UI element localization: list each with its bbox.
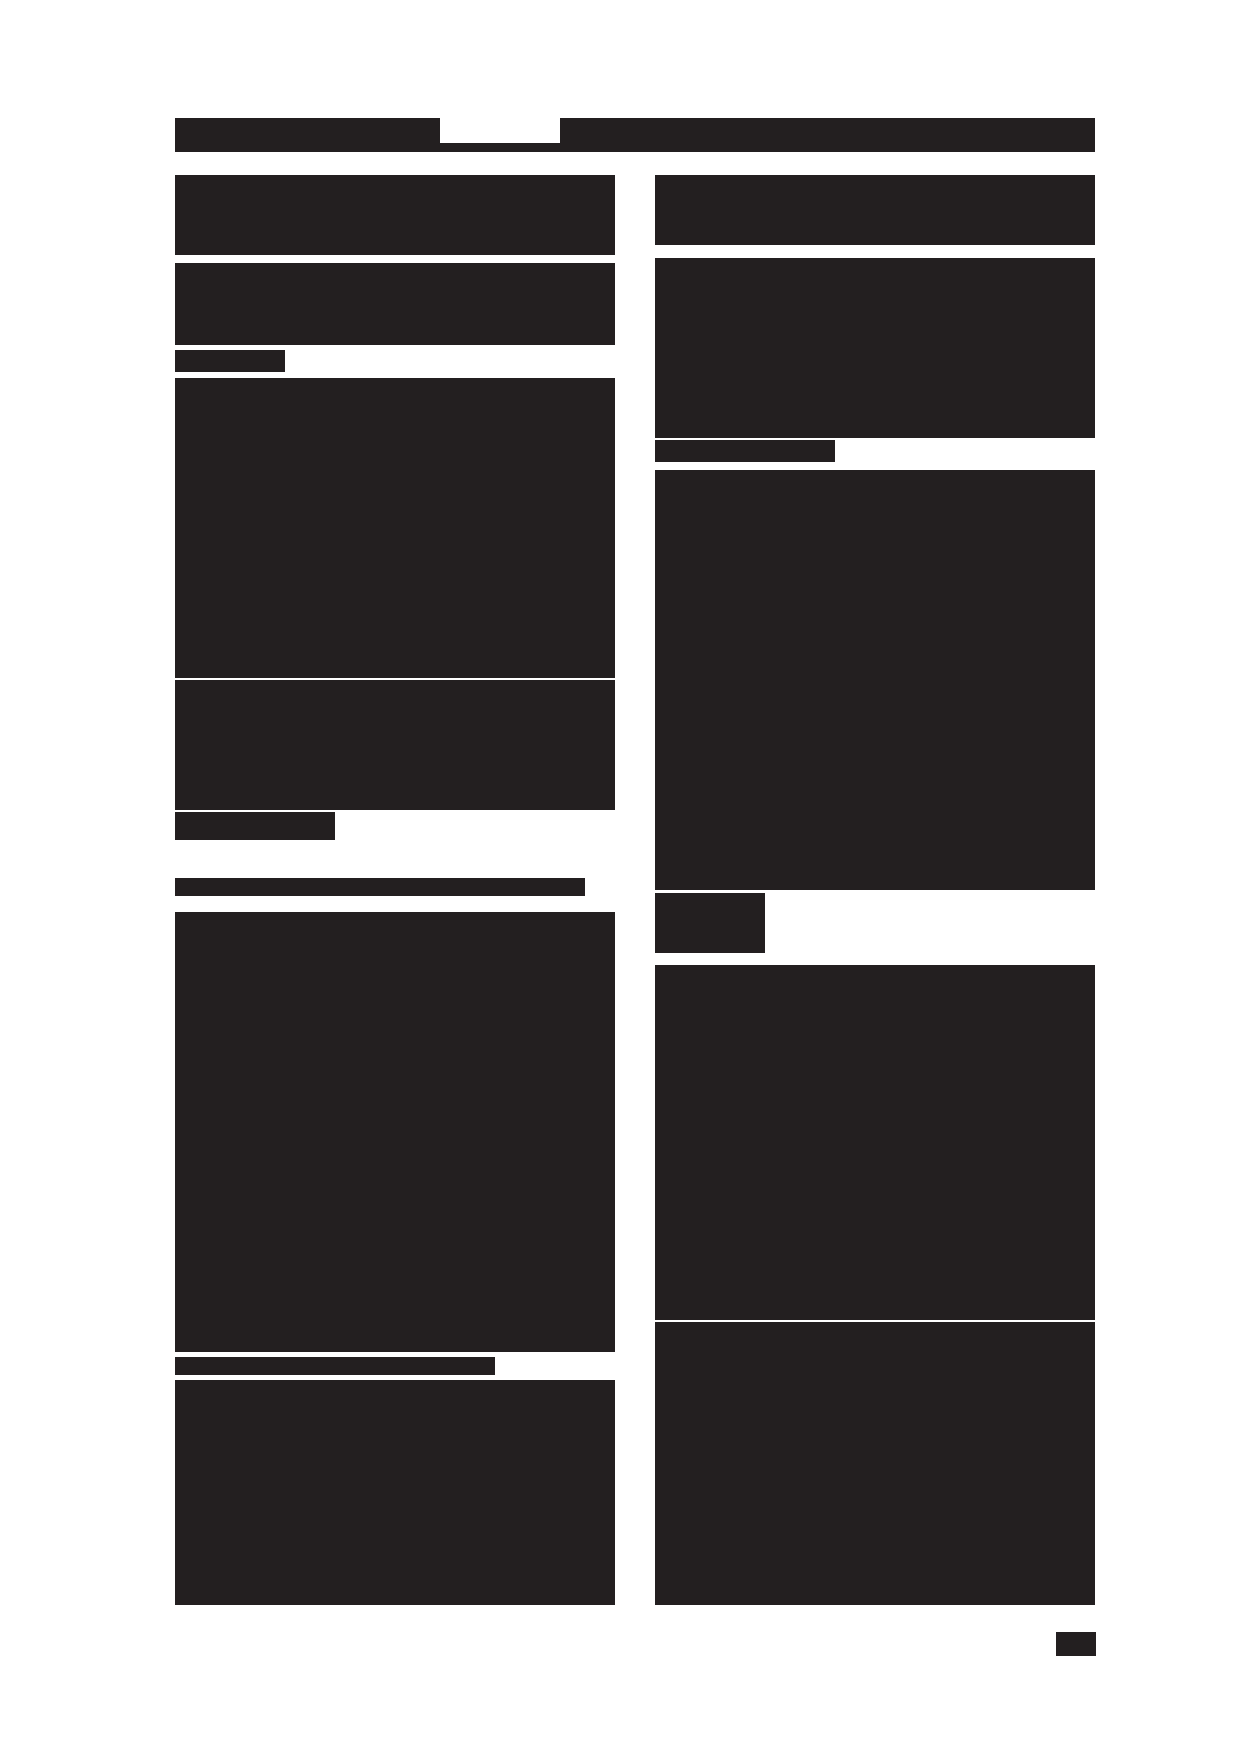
- header-left-redaction: [175, 118, 440, 152]
- right-column-redaction-block: [655, 1322, 1095, 1605]
- right-column-redaction-block: [655, 440, 835, 462]
- right-column-redaction-block: [655, 965, 1095, 1320]
- page-number-redaction: [1056, 1632, 1096, 1656]
- right-column-redaction-block: [655, 175, 1095, 245]
- right-column-redaction-block: [655, 470, 1095, 890]
- right-column-redaction-block: [655, 258, 1095, 438]
- left-column-redaction-block: [175, 912, 615, 1352]
- left-column-redaction-block: [175, 378, 615, 678]
- header-rule: [440, 143, 560, 152]
- left-column-redaction-block: [175, 175, 615, 255]
- left-column-redaction-block: [175, 263, 615, 345]
- header-right-redaction: [560, 118, 1095, 152]
- right-column-redaction-block: [655, 893, 765, 953]
- left-column-redaction-block: [175, 1357, 495, 1375]
- left-column-redaction-block: [175, 350, 285, 372]
- left-column-redaction-block: [175, 680, 615, 810]
- left-column-redaction-block: [175, 1380, 615, 1605]
- left-column-redaction-block: [175, 812, 335, 840]
- left-column-redaction-block: [175, 878, 585, 896]
